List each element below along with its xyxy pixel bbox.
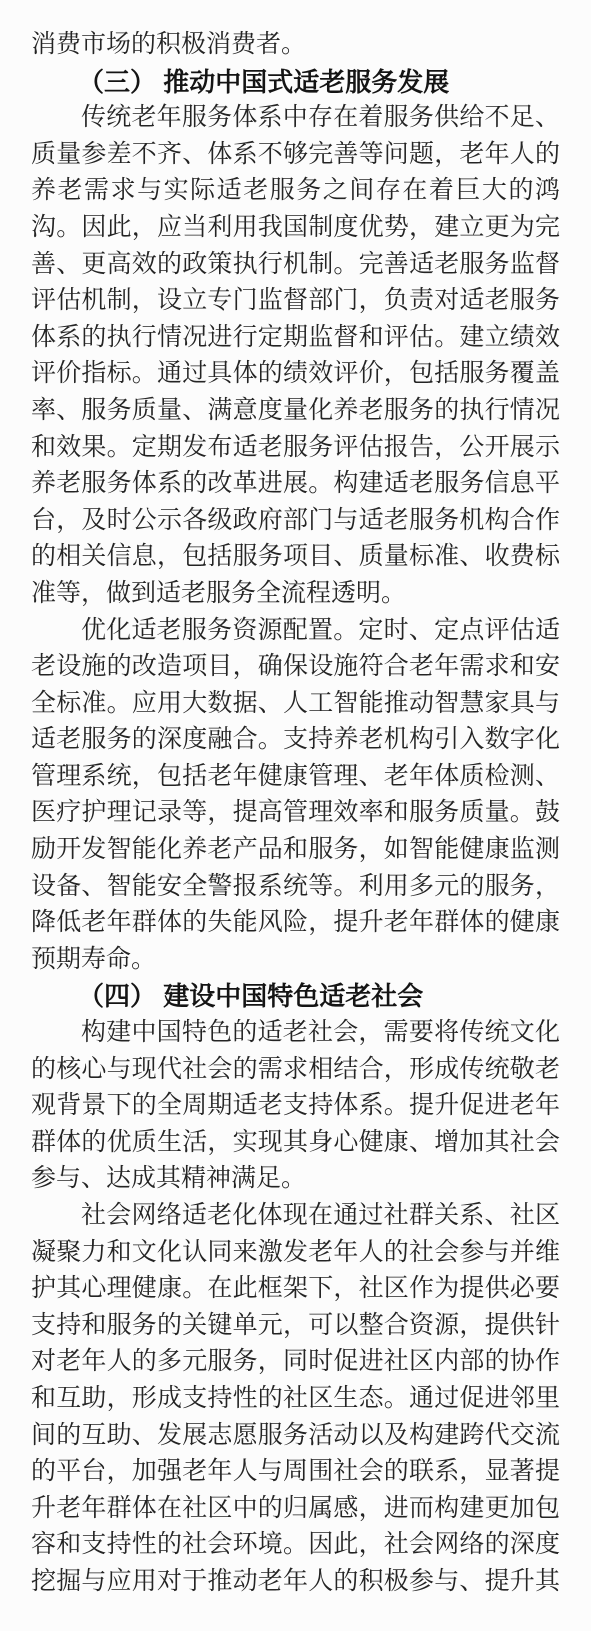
text-line: 社会网络适老化体现在通过社群关系、社区 bbox=[31, 1198, 560, 1235]
text-line: 构建中国特色的适老社会，需要将传统文化 bbox=[31, 1015, 560, 1052]
text-line: 善、更高效的政策执行机制。完善适老服务监督 bbox=[31, 247, 560, 284]
text-line: 间的互助、发展志愿服务活动以及构建跨代交流 bbox=[31, 1418, 560, 1455]
section-heading: （三） 推动中国式适老服务发展 bbox=[31, 64, 560, 101]
text-line: 挖掘与应用对于推动老年人的积极参与、提升其 bbox=[31, 1564, 560, 1601]
text-line: 适老服务的深度融合。支持养老机构引入数字化 bbox=[31, 722, 560, 759]
text-line: 传统老年服务体系中存在着服务供给不足、 bbox=[31, 100, 560, 137]
text-line: 支持和服务的关键单元，可以整合资源，提供针 bbox=[31, 1308, 560, 1345]
text-line: 励开发智能化养老产品和服务，如智能健康监测 bbox=[31, 832, 560, 869]
text-line: 升老年群体在社区中的归属感，进而构建更加包 bbox=[31, 1491, 560, 1528]
text-line: 群体的优质生活，实现其身心健康、增加其社会 bbox=[31, 1125, 560, 1162]
text-line: 准等，做到适老服务全流程透明。 bbox=[31, 576, 560, 613]
text-line: 全标准。应用大数据、人工智能推动智慧家具与 bbox=[31, 686, 560, 723]
text-line: 和互助，形成支持性的社区生态。通过促进邻里 bbox=[31, 1381, 560, 1418]
text-line: 凝聚力和文化认同来激发老年人的社会参与并维 bbox=[31, 1235, 560, 1272]
text-line: 的相关信息，包括服务项目、质量标准、收费标 bbox=[31, 539, 560, 576]
text-line: 容和支持性的社会环境。因此，社会网络的深度 bbox=[31, 1527, 560, 1564]
text-line: 观背景下的全周期适老支持体系。提升促进老年 bbox=[31, 1088, 560, 1125]
text-line: 降低老年群体的失能风险，提升老年群体的健康 bbox=[31, 905, 560, 942]
text-line: 对老年人的多元服务，同时促进社区内部的协作 bbox=[31, 1344, 560, 1381]
text-line: 医疗护理记录等，提高管理效率和服务质量。鼓 bbox=[31, 795, 560, 832]
text-line: 护其心理健康。在此框架下，社区作为提供必要 bbox=[31, 1271, 560, 1308]
text-line: 质量参差不齐、体系不够完善等问题，老年人的 bbox=[31, 137, 560, 174]
text-line: 评价指标。通过具体的绩效评价，包括服务覆盖 bbox=[31, 356, 560, 393]
text-line: 管理系统，包括老年健康管理、老年体质检测、 bbox=[31, 759, 560, 796]
text-line: 预期寿命。 bbox=[31, 942, 560, 979]
text-line: 消费市场的积极消费者。 bbox=[31, 27, 560, 64]
text-line: 养老需求与实际适老服务之间存在着巨大的鸿 bbox=[31, 173, 560, 210]
text-line: 体系的执行情况进行定期监督和评估。建立绩效 bbox=[31, 320, 560, 357]
text-line: 设备、智能安全警报系统等。利用多元的服务， bbox=[31, 869, 560, 906]
text-line: 沟。因此，应当利用我国制度优势，建立更为完 bbox=[31, 210, 560, 247]
section-heading: （四） 建设中国特色适老社会 bbox=[31, 978, 560, 1015]
text-line: 老设施的改造项目，确保设施符合老年需求和安 bbox=[31, 649, 560, 686]
text-line: 评估机制，设立专门监督部门，负责对适老服务 bbox=[31, 283, 560, 320]
text-line: 和效果。定期发布适老服务评估报告，公开展示 bbox=[31, 430, 560, 467]
text-line: 的平台，加强老年人与周围社会的联系，显著提 bbox=[31, 1454, 560, 1491]
text-line: 台，及时公示各级政府部门与适老服务机构合作 bbox=[31, 503, 560, 540]
text-line: 养老服务体系的改革进展。构建适老服务信息平 bbox=[31, 466, 560, 503]
text-line: 率、服务质量、满意度量化养老服务的执行情况 bbox=[31, 393, 560, 430]
document-page: 消费市场的积极消费者。（三） 推动中国式适老服务发展传统老年服务体系中存在着服务… bbox=[0, 0, 591, 1631]
text-line: 优化适老服务资源配置。定时、定点评估适 bbox=[31, 613, 560, 650]
text-line: 参与、达成其精神满足。 bbox=[31, 1161, 560, 1198]
text-line: 的核心与现代社会的需求相结合，形成传统敬老 bbox=[31, 1052, 560, 1089]
